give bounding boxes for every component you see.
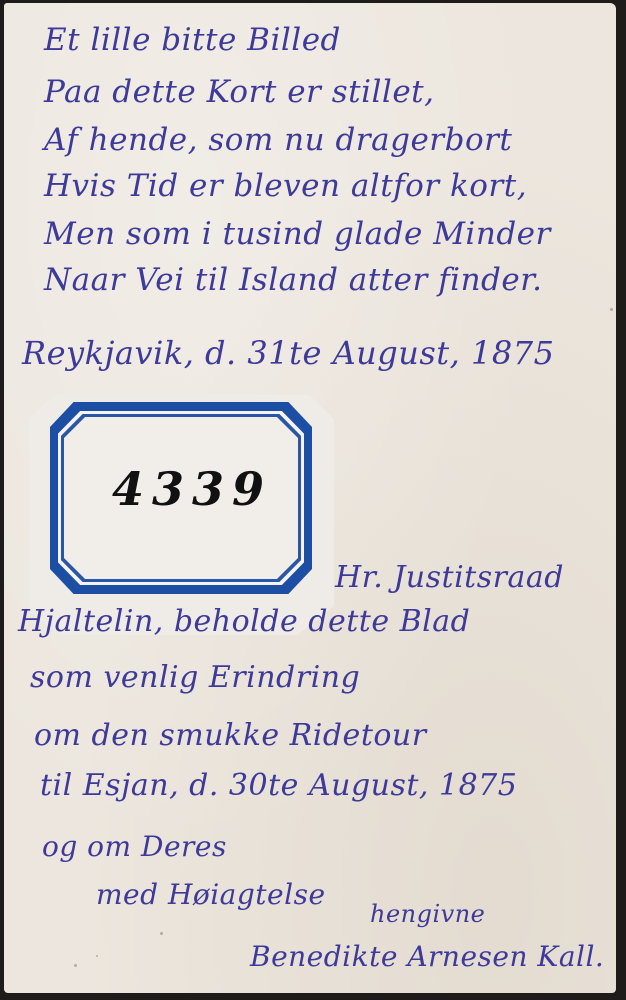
dedication-line-5: til Esjan, d. 30te August, 1875 <box>40 768 517 803</box>
paper-speck <box>610 308 613 311</box>
dedication-line-6: og om Deres <box>42 830 227 863</box>
dedication-line-1: Hr. Justitsraad <box>335 560 564 595</box>
dedication-line-8: hengivne <box>370 900 485 928</box>
signature: Benedikte Arnesen Kall. <box>250 940 604 973</box>
poem-place-date: Reykjavik, d. 31te August, 1875 <box>22 334 554 372</box>
dedication-line-2: Hjaltelin, beholde dette Blad <box>18 604 470 639</box>
paper-speck <box>96 955 98 957</box>
dedication-line-4: om den smukke Ridetour <box>34 718 427 753</box>
paper-speck <box>74 964 77 967</box>
poem-line-2: Paa dette Kort er stillet, <box>44 74 435 110</box>
poem-line-4: Hvis Tid er bleven altfor kort, <box>44 168 527 204</box>
dedication-line-3: som venlig Erindring <box>30 660 360 695</box>
paper-speck <box>160 932 163 935</box>
catalog-number: 4339 <box>112 462 272 516</box>
poem-line-6: Naar Vei til Island atter finder. <box>44 262 543 298</box>
dedication-line-7: med Høiagtelse <box>96 878 326 911</box>
poem-line-5: Men som i tusind glade Minder <box>44 216 551 252</box>
poem-line-3: Af hende, som nu dragerbort <box>44 122 512 158</box>
poem-line-1: Et lille bitte Billed <box>44 22 341 58</box>
